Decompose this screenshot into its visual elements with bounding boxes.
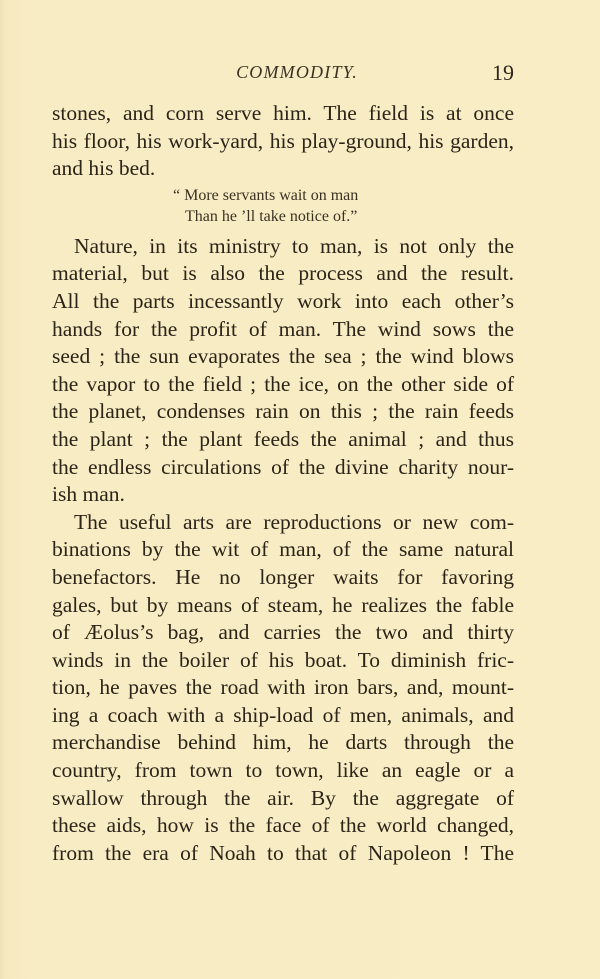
book-page: COMMODITY. 19 stones, and corn serve him…	[0, 0, 600, 979]
text-line: merchandise behind him, he darts through…	[52, 729, 514, 757]
running-title: COMMODITY.	[52, 62, 514, 83]
running-head: COMMODITY. 19	[52, 62, 514, 88]
text-line: his floor, his work-yard, his play-groun…	[52, 128, 514, 156]
paragraph-useful-arts: The useful arts are reproductions or new…	[52, 509, 514, 868]
text-line: of Æolus’s bag, and carries the two and …	[52, 619, 514, 647]
text-line: The useful arts are reproductions or new…	[52, 509, 514, 537]
text-line: benefactors. He no longer waits for favo…	[52, 564, 514, 592]
text-line: gales, but by means of steam, he realize…	[52, 592, 514, 620]
text-line: swallow through the air. By the aggregat…	[52, 785, 514, 813]
text-line: ing a coach with a ship-load of men, ani…	[52, 702, 514, 730]
text-line: the endless circulations of the divine c…	[52, 454, 514, 482]
body-text: stones, and corn serve him. The field is…	[52, 100, 514, 867]
text-line: country, from town to town, like an eagl…	[52, 757, 514, 785]
text-line: seed ; the sun evaporates the sea ; the …	[52, 343, 514, 371]
text-line: stones, and corn serve him. The field is…	[52, 100, 514, 128]
text-line: Nature, in its ministry to man, is not o…	[52, 233, 514, 261]
verse-line: “ More servants wait on man	[52, 185, 514, 206]
text-line: the plant ; the plant feeds the animal ;…	[52, 426, 514, 454]
opening-paragraph-continuation: stones, and corn serve him. The field is…	[52, 100, 514, 183]
paragraph-nature: Nature, in its ministry to man, is not o…	[52, 233, 514, 509]
text-line: All the parts incessantly work into each…	[52, 288, 514, 316]
text-line: and his bed.	[52, 155, 514, 183]
text-line: hands for the profit of man. The wind so…	[52, 316, 514, 344]
text-line: from the era of Noah to that of Napoleon…	[52, 840, 514, 868]
verse-line: Than he ’ll take notice of.”	[52, 206, 514, 227]
page-number: 19	[492, 60, 514, 86]
text-line: these aids, how is the face of the world…	[52, 812, 514, 840]
verse-quotation: “ More servants wait on man Than he ’ll …	[52, 185, 514, 227]
text-line: ish man.	[52, 481, 514, 509]
text-line: the vapor to the field ; the ice, on the…	[52, 371, 514, 399]
text-line: the planet, condenses rain on this ; the…	[52, 398, 514, 426]
text-line: tion, he paves the road with iron bars, …	[52, 674, 514, 702]
text-line: material, but is also the process and th…	[52, 260, 514, 288]
text-line: winds in the boiler of his boat. To dimi…	[52, 647, 514, 675]
text-line: binations by the wit of man, of the same…	[52, 536, 514, 564]
